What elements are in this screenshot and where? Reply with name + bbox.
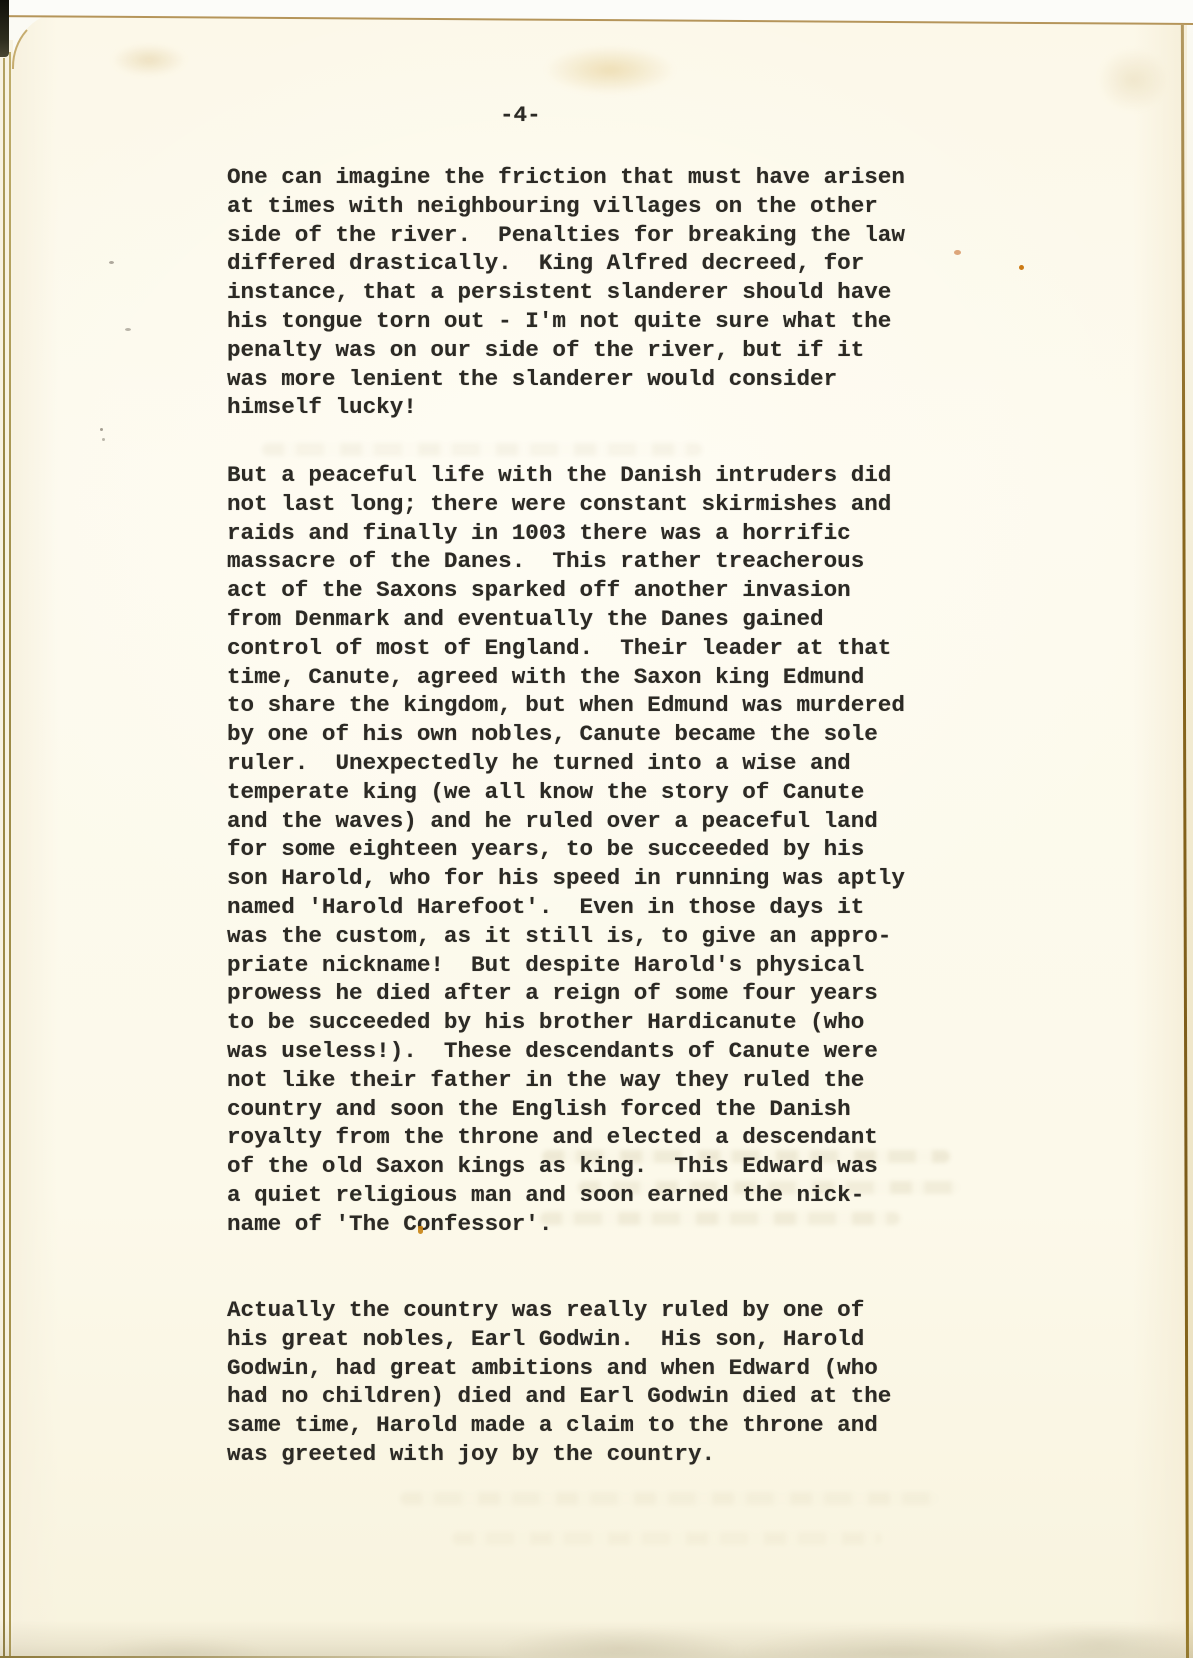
ink-speck (418, 1226, 423, 1234)
page-number: -4- (500, 101, 541, 130)
ink-speck (1019, 265, 1024, 270)
left-page-edge-line-inner (9, 52, 11, 1658)
dirt-fleck (109, 261, 114, 264)
left-page-edge-strip (0, 40, 13, 1658)
age-stain (112, 44, 186, 76)
dirt-fleck (125, 328, 131, 331)
dirt-fleck (102, 438, 105, 441)
binder-mark (0, 0, 9, 57)
paragraph-2: But a peaceful life with the Danish intr… (227, 461, 905, 1239)
bottom-shade (0, 1620, 1193, 1658)
ink-speck (954, 250, 961, 255)
right-page-edge-strip (1187, 0, 1193, 1658)
left-page-edge-line-outer (3, 58, 5, 1658)
paragraph-1: One can imagine the friction that must h… (227, 163, 905, 422)
ghost-text-smudge (452, 1532, 882, 1545)
paragraph-3: Actually the country was really ruled by… (227, 1296, 891, 1469)
ghost-text-smudge (262, 443, 702, 456)
age-stain (1098, 48, 1168, 112)
ghost-text-smudge (400, 1492, 940, 1505)
scanned-document-page: -4- One can imagine the friction that mu… (0, 0, 1193, 1658)
dirt-fleck (100, 428, 103, 431)
age-stain (545, 46, 675, 94)
top-left-corner-curl (12, 15, 60, 69)
ink-speck (261, 1391, 265, 1395)
